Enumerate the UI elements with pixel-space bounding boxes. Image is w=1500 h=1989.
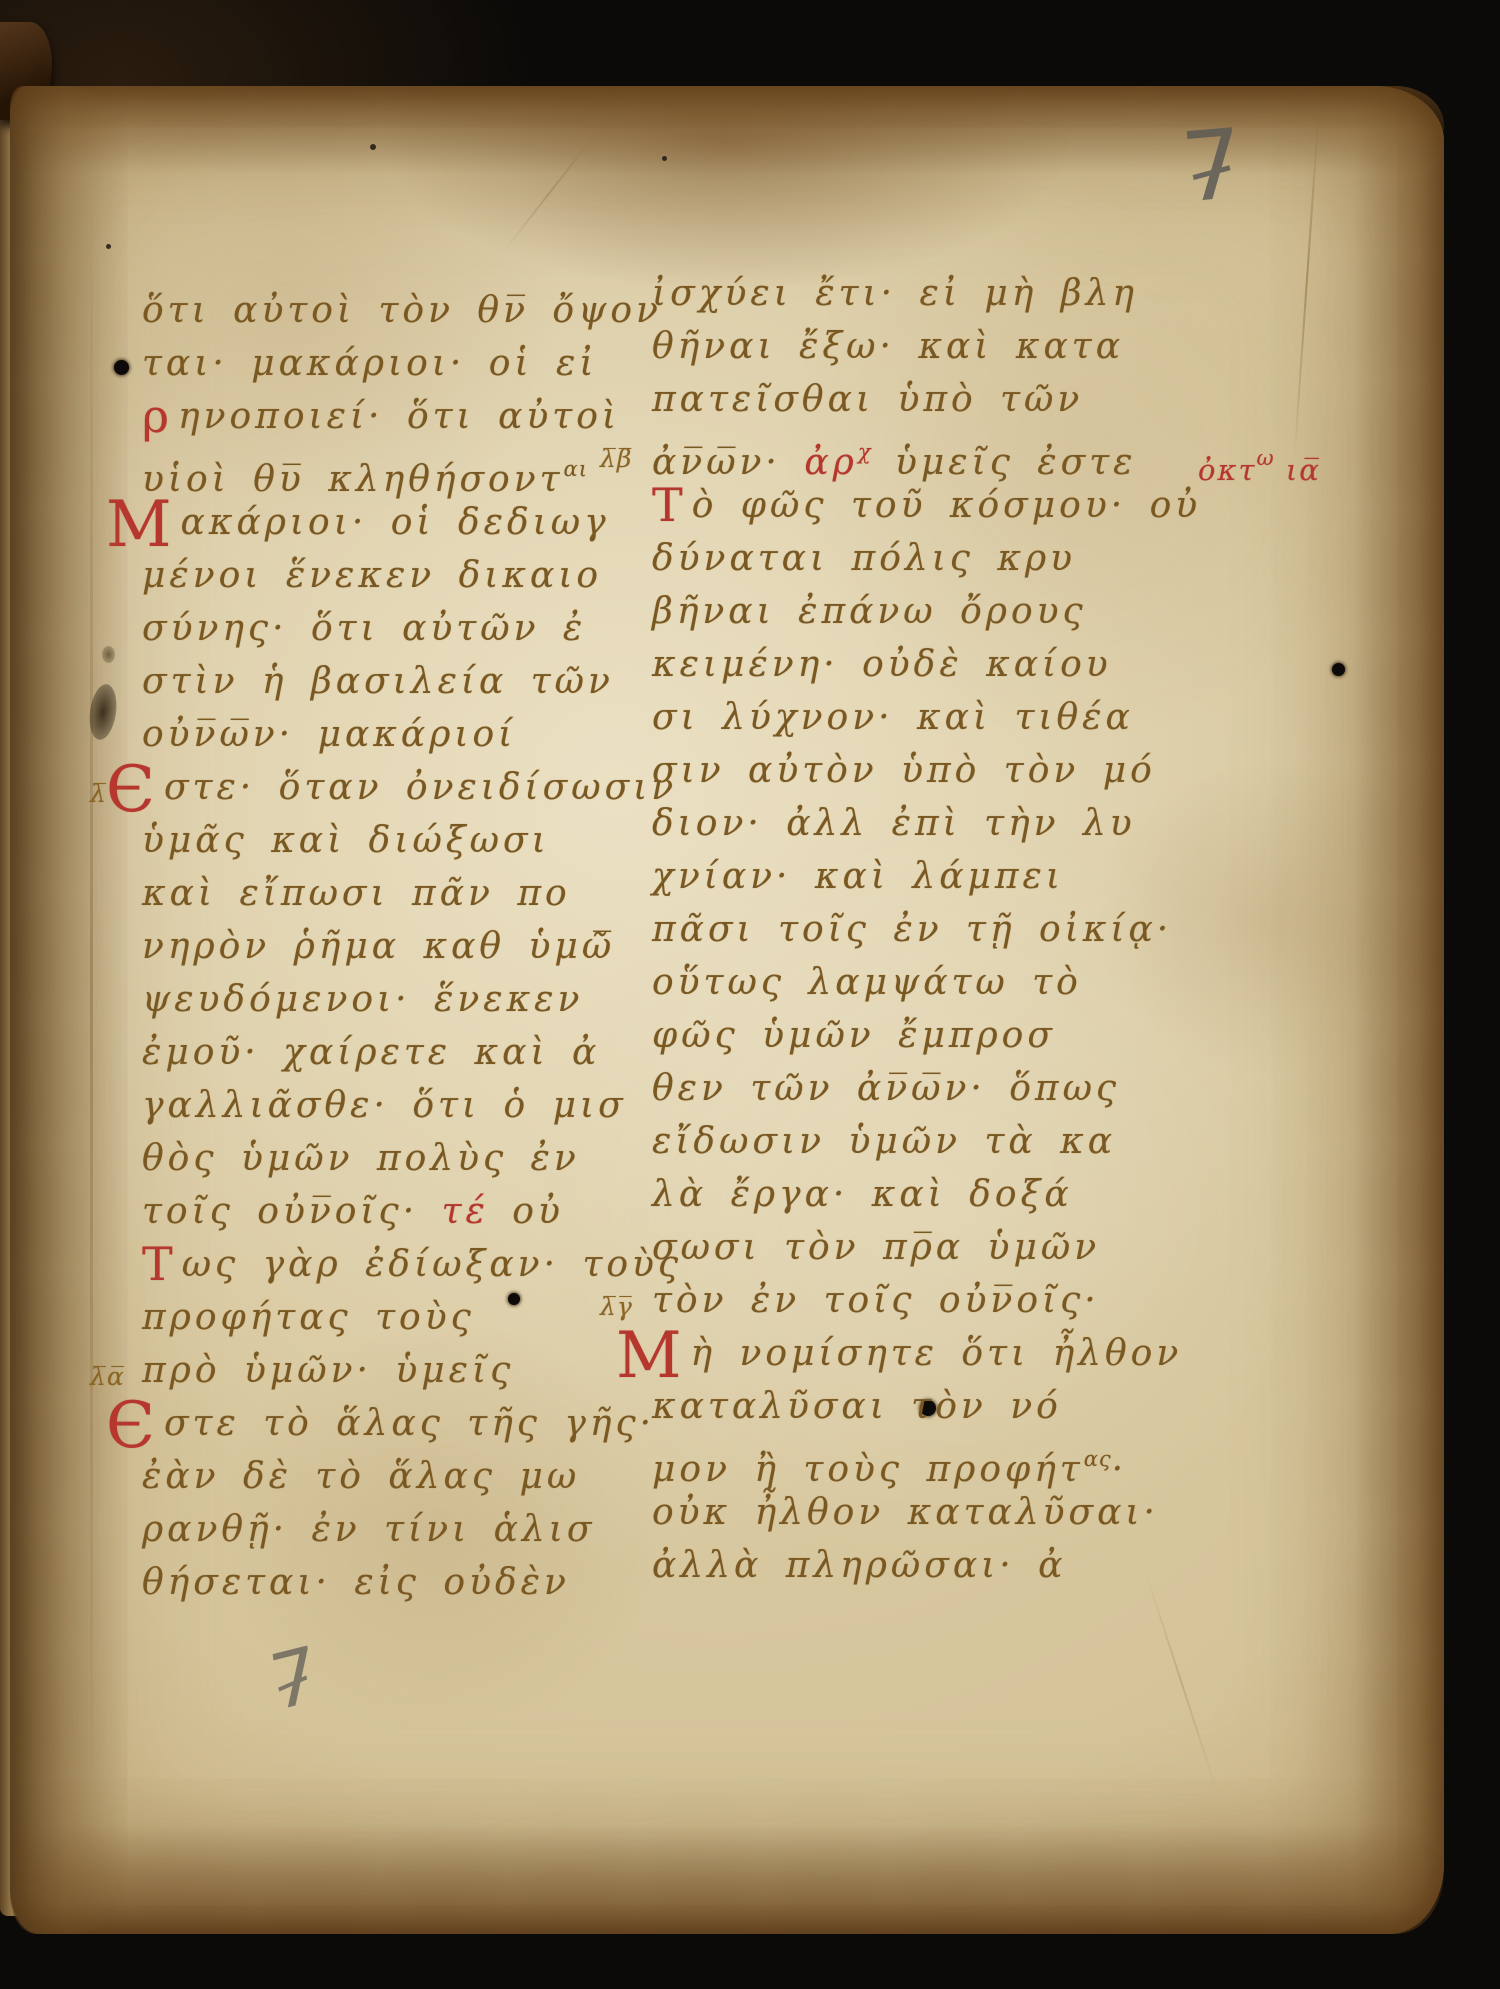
- rubric-initial: Τ: [652, 478, 687, 532]
- manuscript-line: ἰσχύει ἔτι· εἰ μὴ βλη: [652, 267, 1201, 320]
- ink-text: οὕτως λαμψάτω τὸ: [652, 962, 1082, 1003]
- manuscript-line: βῆναι ἐπάνω ὄρους: [652, 585, 1201, 638]
- manuscript-line: Τὸ φῶς τοῦ κόσμου· οὐ: [652, 479, 1201, 532]
- ink-text: στε· ὅταν ὀνειδίσωσιν: [164, 767, 677, 808]
- ink-text: οὐκ ἦλθον καταλῦσαι·: [652, 1492, 1159, 1533]
- manuscript-line: Μακάριοι· οἱ δεδιωγ: [142, 496, 682, 549]
- manuscript-line: λ̅α̅πρὸ ὑμῶν· ὑμεῖς: [142, 1344, 682, 1397]
- wormhole: [1332, 663, 1345, 676]
- ink-text: ται· μακάριοι· οἱ εἰ: [142, 343, 597, 384]
- rubric-initial: Τ: [142, 1237, 177, 1291]
- text-column-right: ἰσχύει ἔτι· εἰ μὴ βληθῆναι ἔξω· καὶ κατα…: [652, 267, 1201, 1592]
- ink-text: εἴδωσιν ὑμῶν τὰ κα: [652, 1121, 1116, 1162]
- manuscript-line: πᾶσι τοῖς ἐν τῇ οἰκίᾳ·: [652, 903, 1201, 956]
- parchment-page: 7 7 ὀκτω ια̅ ὅτι αὐτοὶ τὸν θν̅ ὄψονται· …: [10, 86, 1444, 1934]
- ink-text: θὸς ὑμῶν πολὺς ἐν: [142, 1138, 580, 1179]
- manuscript-line: δύναται πόλις κρυ: [652, 532, 1201, 585]
- ink-text: γαλλιᾶσθε· ὅτι ὁ μισ: [142, 1085, 627, 1126]
- ink-text: ἀλλὰ πληρῶσαι· ἀ: [652, 1545, 1066, 1586]
- ink-text: προφήτας τοὺς: [142, 1297, 475, 1338]
- manuscript-line: σι λύχνον· καὶ τιθέα: [652, 691, 1201, 744]
- manuscript-photo: 7 7 ὀκτω ια̅ ὅτι αὐτοὶ τὸν θν̅ ὄψονται· …: [0, 0, 1500, 1989]
- ink-text: τοῖς οὐν̅οῖς·: [142, 1191, 442, 1232]
- ammonian-section-number: λ̅: [90, 767, 107, 820]
- ink-text: καὶ εἴπωσι πᾶν πο: [142, 873, 571, 914]
- manuscript-line: καὶ εἴπωσι πᾶν πο: [142, 867, 682, 920]
- ink-text: τὸν ἐν τοῖς οὐν̅οῖς·: [652, 1280, 1100, 1321]
- rubric-text: ια̅: [1275, 453, 1321, 487]
- manuscript-line: μένοι ἕνεκεν δικαιο: [142, 549, 682, 602]
- ink-text: ὅτι αὐτοὶ τὸν θν̅ ὄψον: [142, 290, 662, 331]
- ink-text: ἰσχύει ἔτι· εἰ μὴ βλη: [652, 273, 1138, 314]
- manuscript-line: χνίαν· καὶ λάμπει: [652, 850, 1201, 903]
- ink-text: αι: [564, 457, 588, 481]
- ink-text: ως γὰρ ἐδίωξαν· τοὺς: [182, 1244, 682, 1285]
- wormhole: [114, 360, 129, 375]
- ink-text: ρανθῇ· ἐν τίνι ἁλισ: [142, 1509, 595, 1550]
- ammonian-section-number: λ̅β̅: [600, 432, 632, 485]
- manuscript-line: ἐμοῦ· χαίρετε καὶ ἀ: [142, 1026, 682, 1079]
- ink-text: ψευδόμενοι· ἕνεκεν: [142, 979, 583, 1020]
- ink-text: ἀν̅ω̅ν·: [652, 442, 804, 483]
- parchment-crease: [1145, 1571, 1218, 1790]
- ink-text: υἱοὶ θυ̅ κληθήσοντ: [142, 459, 564, 500]
- manuscript-line: σύνης· ὅτι αὐτῶν ἐ: [142, 602, 682, 655]
- rubric-initial: ρ: [142, 389, 173, 443]
- ink-text: πατεῖσθαι ὑπὸ τῶν: [652, 379, 1083, 420]
- ink-text: νηρὸν ῥῆμα καθ ὑμῶ̅: [142, 926, 615, 967]
- manuscript-line: εἴδωσιν ὑμῶν τὰ κα: [652, 1115, 1201, 1168]
- ink-text: πρὸ ὑμῶν· ὑμεῖς: [142, 1350, 514, 1391]
- ink-text: οὐν̅ω̅ν· μακάριοί: [142, 714, 516, 755]
- ink-text: πᾶσι τοῖς ἐν τῇ οἰκίᾳ·: [652, 909, 1172, 950]
- ink-text: διον· ἀλλ ἐπὶ τὴν λυ: [652, 803, 1136, 844]
- manuscript-line: καταλῦσαι τὸν νό: [652, 1380, 1201, 1433]
- manuscript-line: θὸς ὑμῶν πολὺς ἐν: [142, 1132, 682, 1185]
- ink-text: κειμένη· οὐδὲ καίου: [652, 644, 1112, 685]
- manuscript-line: ρανθῇ· ἐν τίνι ἁλισ: [142, 1503, 682, 1556]
- ink-text: στὶν ἡ βασιλεία τῶν: [142, 661, 614, 702]
- ink-text: οὐ: [489, 1191, 564, 1232]
- ink-text: μένοι ἕνεκεν δικαιο: [142, 555, 602, 596]
- manuscript-line: φῶς ὑμῶν ἔμπροσ: [652, 1009, 1201, 1062]
- manuscript-line: ται· μακάριοι· οἱ εἰ: [142, 337, 682, 390]
- manuscript-line: οὕτως λαμψάτω τὸ: [652, 956, 1201, 1009]
- ink-text: σιν αὐτὸν ὑπὸ τὸν μό: [652, 750, 1156, 791]
- ink-text: θεν τῶν ἀν̅ω̅ν· ὅπως: [652, 1068, 1120, 1109]
- ink-text: ἐὰν δὲ τὸ ἅλας μω: [142, 1456, 580, 1497]
- manuscript-line: κειμένη· οὐδὲ καίου: [652, 638, 1201, 691]
- manuscript-line: λὰ ἔργα· καὶ δοξά: [652, 1168, 1201, 1221]
- ink-text: ηνοποιεί· ὅτι αὐτοὶ: [178, 396, 620, 437]
- ink-text: λὰ ἔργα· καὶ δοξά: [652, 1174, 1073, 1215]
- manuscript-line: οὐκ ἦλθον καταλῦσαι·: [652, 1486, 1201, 1539]
- ink-text: σύνης· ὅτι αὐτῶν ἐ: [142, 608, 586, 649]
- ink-text: στε τὸ ἅλας τῆς γῆς·: [164, 1403, 655, 1444]
- manuscript-line: λ̅β̅ἀν̅ω̅ν· ἀρχ ὑμεῖς ἐστε: [652, 426, 1201, 479]
- manuscript-line: σωσι τὸν πρ̅α ὑμῶν: [652, 1221, 1201, 1274]
- manuscript-line: Μὴ νομίσητε ὅτι ἦλθον: [652, 1327, 1201, 1380]
- ink-text: σι λύχνον· καὶ τιθέα: [652, 697, 1134, 738]
- ink-text: μον ἢ τοὺς προφήτ: [652, 1449, 1084, 1490]
- folio-number-pencil-top: 7: [1177, 108, 1248, 225]
- ink-text: φῶς ὑμῶν ἔμπροσ: [652, 1015, 1056, 1056]
- ink-text: θῆναι ἔξω· καὶ κατα: [652, 326, 1124, 367]
- manuscript-line: οὐν̅ω̅ν· μακάριοί: [142, 708, 682, 761]
- lection-date-note: ὀκτω ια̅: [1198, 446, 1321, 487]
- manuscript-line: τοῖς οὐν̅οῖς· τέ οὐ: [142, 1185, 682, 1238]
- manuscript-line: θεν τῶν ἀν̅ω̅ν· ὅπως: [652, 1062, 1201, 1115]
- ink-text: ακάριοι· οἱ δεδιωγ: [181, 502, 610, 543]
- manuscript-line: λ̅γ̅τὸν ἐν τοῖς οὐν̅οῖς·: [652, 1274, 1201, 1327]
- ink-text: ἐμοῦ· χαίρετε καὶ ἀ: [142, 1032, 600, 1073]
- ink-text: ὴ νομίσητε ὅτι ἦλθον: [691, 1333, 1183, 1374]
- ink-speck: [370, 144, 376, 150]
- manuscript-line: στὶν ἡ βασιλεία τῶν: [142, 655, 682, 708]
- ink-blot: [102, 646, 115, 663]
- manuscript-line: ἀλλὰ πληρῶσαι· ἀ: [652, 1539, 1201, 1592]
- manuscript-line: μον ἢ τοὺς προφήτας·: [652, 1433, 1201, 1486]
- ink-text: βῆναι ἐπάνω ὄρους: [652, 591, 1087, 632]
- manuscript-line: Єστε τὸ ἅλας τῆς γῆς·: [142, 1397, 682, 1450]
- manuscript-line: ὅτι αὐτοὶ τὸν θν̅ ὄψον: [142, 284, 682, 337]
- ink-text: ὑμεῖς ἐστε: [872, 442, 1137, 483]
- manuscript-line: θῆναι ἔξω· καὶ κατα: [652, 320, 1201, 373]
- manuscript-line: πατεῖσθαι ὑπὸ τῶν: [652, 373, 1201, 426]
- ink-text: σωσι τὸν πρ̅α ὑμῶν: [652, 1227, 1100, 1268]
- manuscript-line: ψευδόμενοι· ἕνεκεν: [142, 973, 682, 1026]
- ink-speck: [662, 156, 667, 161]
- folio-number-pencil-bottom: 7: [264, 1628, 323, 1728]
- manuscript-line: νηρὸν ῥῆμα καθ ὑμῶ̅: [142, 920, 682, 973]
- ink-text: ας: [1084, 1447, 1112, 1471]
- rubric-text: ἀρ: [804, 442, 857, 483]
- manuscript-line: σιν αὐτὸν ὑπὸ τὸν μό: [652, 744, 1201, 797]
- ink-text: καταλῦσαι τὸν νό: [652, 1386, 1062, 1427]
- edge-darkening-right: [1354, 86, 1444, 1934]
- manuscript-line: θήσεται· εἰς οὐδὲν: [142, 1556, 682, 1609]
- gutter-shadow: [10, 86, 130, 1934]
- ink-text: ὑμᾶς καὶ διώξωσι: [142, 820, 550, 861]
- ink-text: δύναται πόλις κρυ: [652, 538, 1076, 579]
- ink-text: θήσεται· εἰς οὐδὲν: [142, 1562, 570, 1603]
- ink-text: χνίαν· καὶ λάμπει: [652, 856, 1064, 897]
- ink-text: ὸ φῶς τοῦ κόσμου· οὐ: [692, 485, 1201, 526]
- rubric-text: τέ: [442, 1191, 489, 1232]
- manuscript-line: γαλλιᾶσθε· ὅτι ὁ μισ: [142, 1079, 682, 1132]
- rubric-text: χ: [858, 440, 872, 464]
- ink-text: ·: [1112, 1449, 1127, 1490]
- ink-speck: [106, 244, 111, 249]
- manuscript-line: ὑμᾶς καὶ διώξωσι: [142, 814, 682, 867]
- manuscript-line: διον· ἀλλ ἐπὶ τὴν λυ: [652, 797, 1201, 850]
- rubric-text: ὀκτ: [1198, 453, 1257, 487]
- edge-darkening-bottom: [10, 1824, 1444, 1934]
- manuscript-line: ἐὰν δὲ τὸ ἅλας μω: [142, 1450, 682, 1503]
- manuscript-line: λ̅Єστε· ὅταν ὀνειδίσωσιν: [142, 761, 682, 814]
- rubric-text: ω: [1257, 446, 1275, 470]
